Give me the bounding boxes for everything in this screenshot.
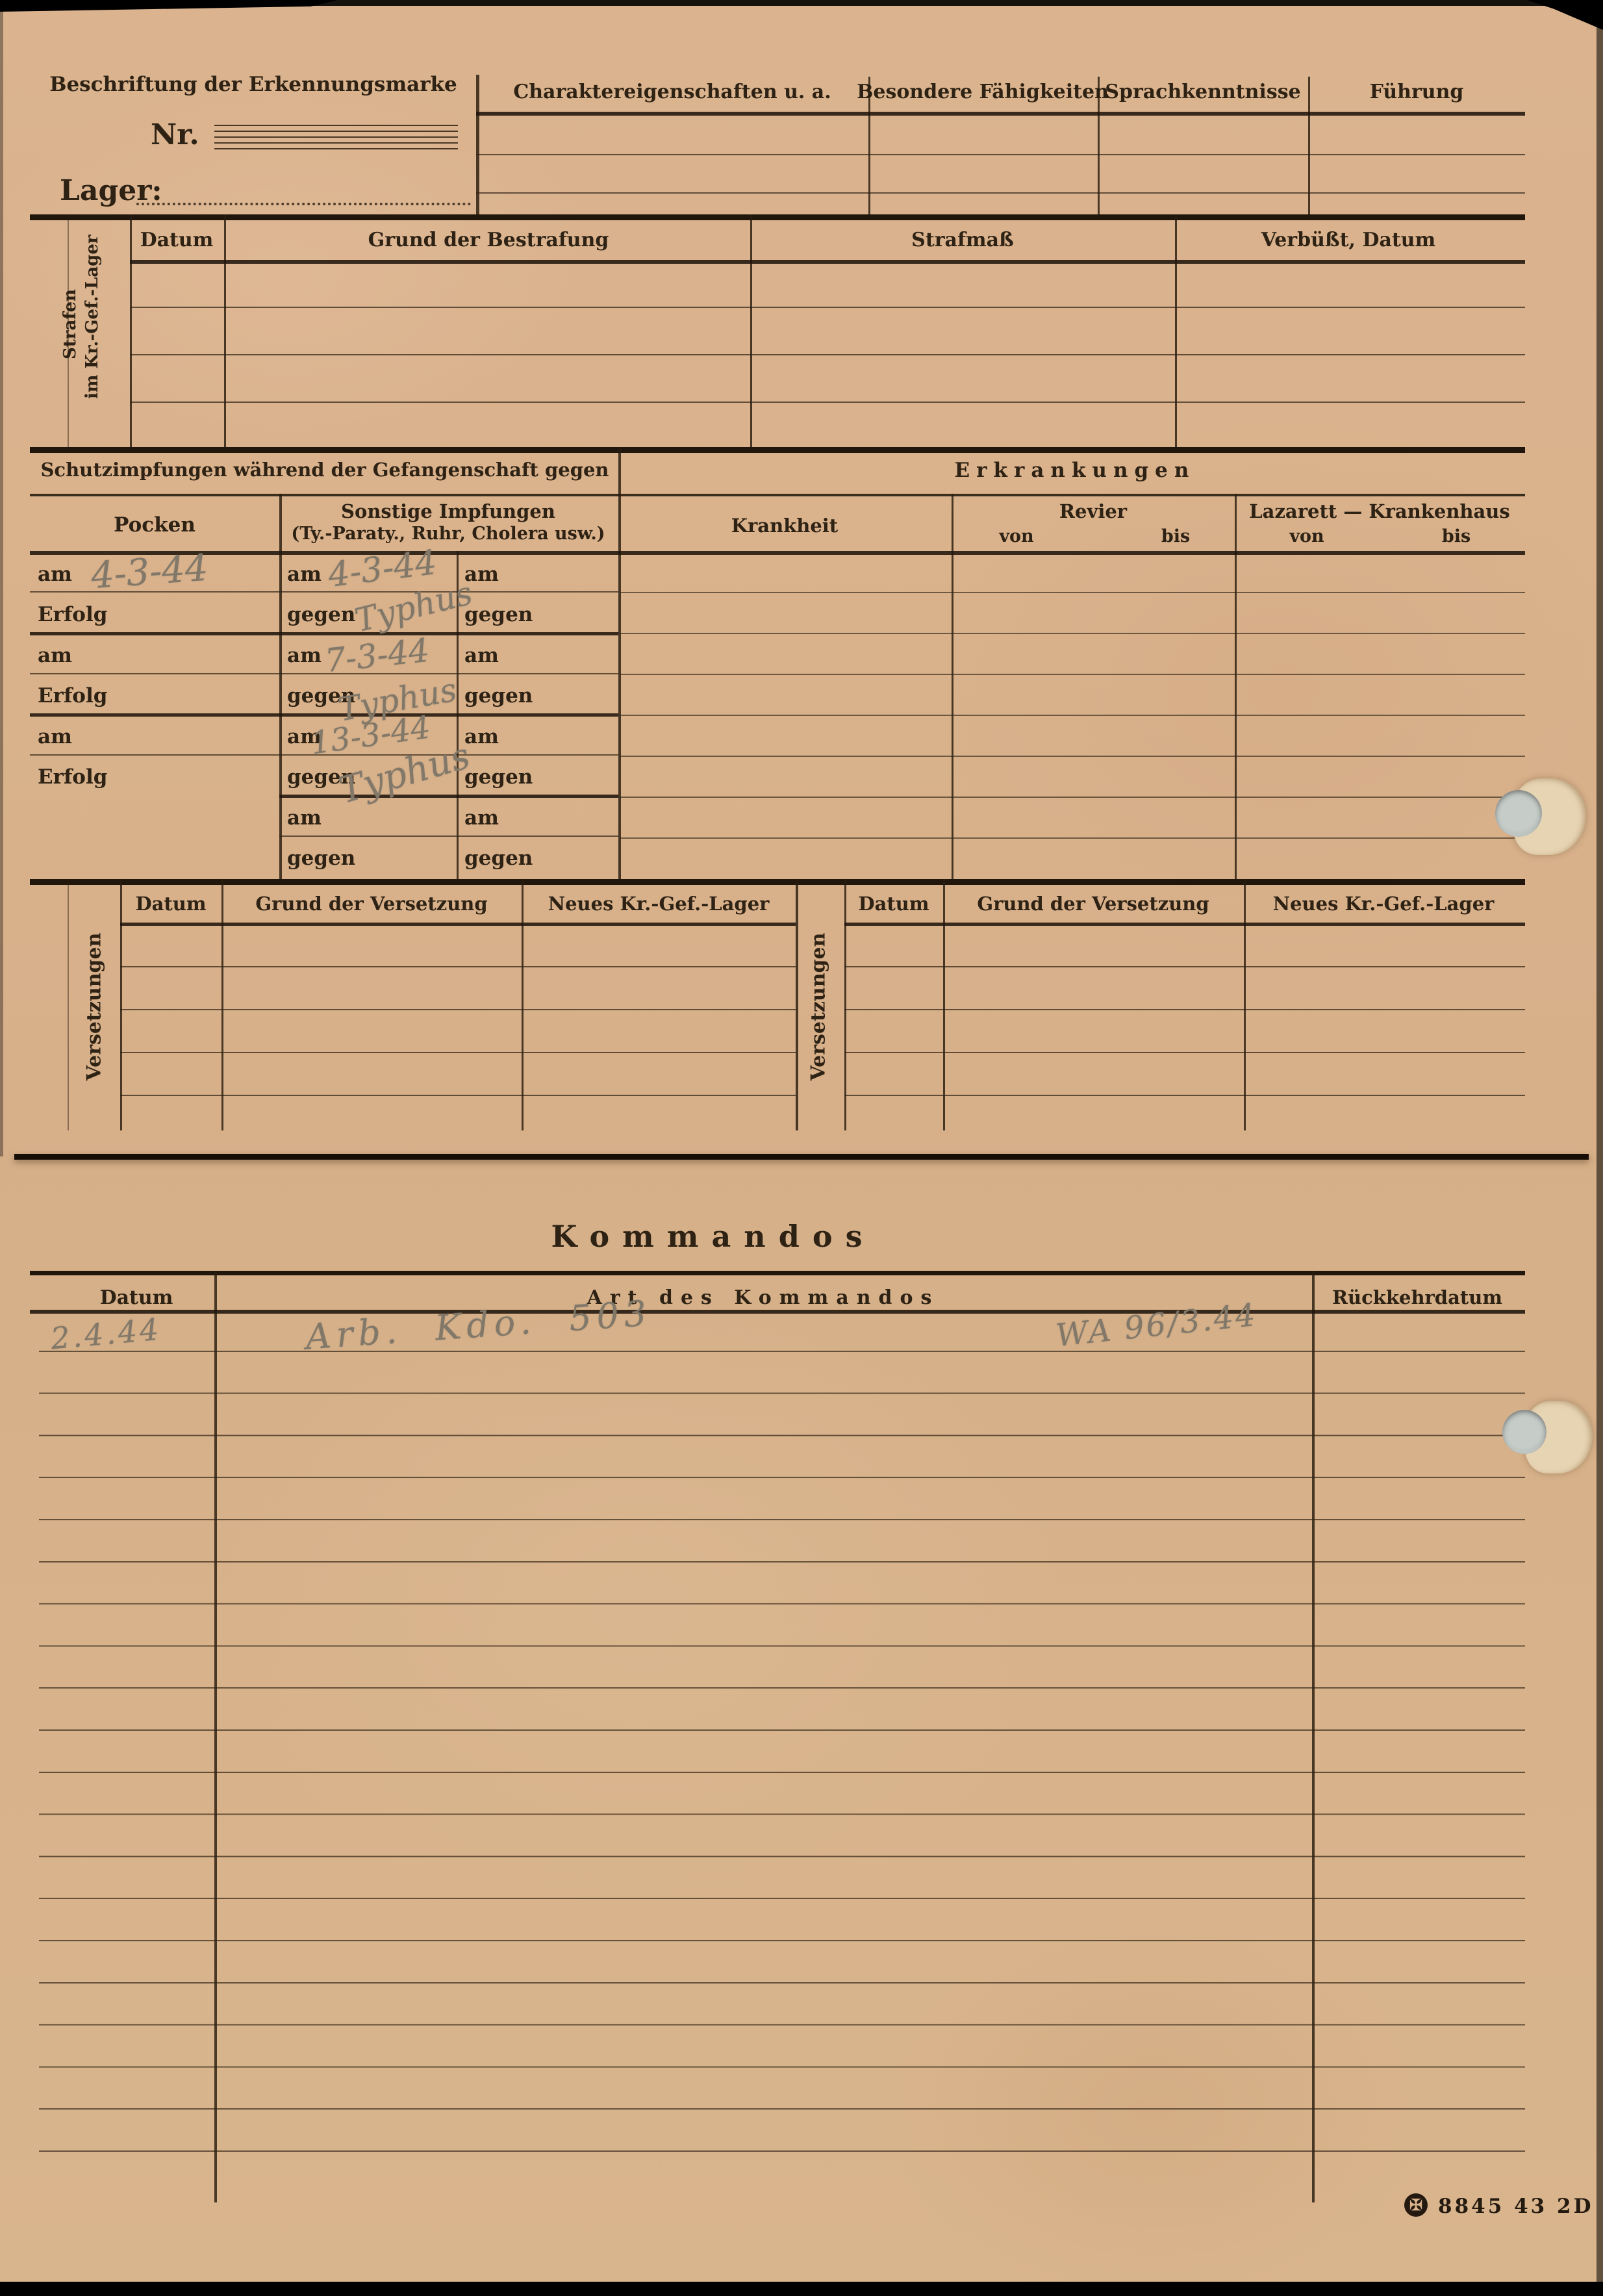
punishment-header-datum: Datum bbox=[140, 229, 214, 251]
nr-fill-lines bbox=[214, 125, 458, 151]
vaccination-title: Schutzimpfungen während der Gefangenscha… bbox=[40, 459, 609, 481]
revier-bis-label: bis bbox=[1161, 526, 1190, 546]
section-border bbox=[30, 879, 1525, 885]
sonstige2-am-label-1: am bbox=[464, 563, 499, 586]
pocken-erfolg-label-2: Erfolg bbox=[38, 684, 107, 708]
illness-title: Erkrankungen bbox=[955, 459, 1196, 482]
revier-von-label: von bbox=[999, 526, 1033, 546]
punishment-side-label-line2: im Kr.-Gef.-Lager bbox=[81, 249, 103, 399]
nr-label: Nr. bbox=[151, 118, 199, 151]
divider-line bbox=[844, 879, 846, 1130]
sonstige1-gegen-label-1: gegen bbox=[287, 603, 355, 626]
card-fold-edge bbox=[14, 1154, 1589, 1160]
punishment-header-verbuesst: Verbüßt, Datum bbox=[1261, 229, 1436, 251]
divider-line bbox=[868, 77, 870, 214]
divider-line bbox=[120, 879, 122, 1130]
transfers-side-label-right: Versetzungen bbox=[807, 900, 830, 1114]
kommandos-header-rueckkehr: Rückkehrdatum bbox=[1332, 1286, 1502, 1308]
scan-edge-right bbox=[1597, 0, 1603, 2296]
transfer-left-header-datum: Datum bbox=[135, 893, 206, 915]
punch-hole-bottom bbox=[1502, 1410, 1546, 1454]
handwritten-pocken-date: 4-3-44 bbox=[90, 547, 209, 597]
pow-personnel-card-scan: Beschriftung der Erkennungsmarke Nr. Lag… bbox=[0, 0, 1603, 2296]
row-line bbox=[120, 966, 796, 967]
char-header-1: Besondere Fähigkeiten bbox=[857, 81, 1109, 103]
pocken-am-label-2: am bbox=[38, 644, 72, 667]
sonstige1-gegen-label-4: gegen bbox=[287, 847, 355, 870]
sonstige2-gegen-label-2: gegen bbox=[464, 684, 533, 708]
sonstige-header-line2: (Ty.-Paraty., Ruhr, Cholera usw.) bbox=[291, 524, 605, 544]
punch-hole-top bbox=[1495, 790, 1542, 837]
transfer-left-header-grund: Grund der Versetzung bbox=[255, 893, 487, 915]
char-header-2: Sprachkenntnisse bbox=[1105, 81, 1300, 103]
pocken-am-label-3: am bbox=[38, 725, 72, 748]
sonstige1-am-label-4: am bbox=[287, 806, 322, 830]
row-line bbox=[844, 966, 1525, 967]
header-underline bbox=[844, 923, 1525, 926]
punishment-side-label-line1: Strafen bbox=[59, 249, 81, 399]
row-line bbox=[30, 673, 618, 674]
sonstige2-gegen-label-3: gegen bbox=[464, 765, 533, 789]
revier-header: Revier bbox=[1059, 500, 1127, 522]
row-line bbox=[279, 835, 618, 837]
lazarett-header: Lazarett — Krankenhaus bbox=[1249, 500, 1509, 522]
row-line bbox=[844, 1095, 1525, 1096]
divider-line bbox=[68, 879, 69, 1130]
row-line bbox=[130, 307, 1525, 308]
divider-line bbox=[224, 214, 226, 447]
pocken-header: Pocken bbox=[114, 513, 196, 537]
krankheit-header: Krankheit bbox=[731, 515, 838, 537]
row-line bbox=[476, 192, 1525, 194]
divider-line bbox=[130, 214, 132, 447]
punishment-header-grund: Grund der Bestrafung bbox=[368, 229, 609, 251]
transfer-right-header-grund: Grund der Versetzung bbox=[977, 893, 1209, 915]
char-header-0: Charaktereigenschaften u. a. bbox=[513, 81, 831, 103]
id-box-title: Beschriftung der Erkennungsmarke bbox=[49, 73, 457, 96]
divider-line bbox=[943, 879, 945, 1130]
sonstige2-am-label-2: am bbox=[464, 644, 499, 667]
punishment-header-strafmass: Strafmaß bbox=[911, 229, 1014, 251]
kommandos-ruled-rows bbox=[39, 1310, 1525, 2152]
section-border bbox=[30, 1271, 1525, 1275]
header-underline bbox=[130, 260, 1525, 264]
punishment-side-label: Strafen im Kr.-Gef.-Lager bbox=[59, 249, 103, 399]
transfer-right-header-lager: Neues Kr.-Gef.-Lager bbox=[1273, 893, 1495, 915]
lazarett-bis-label: bis bbox=[1442, 526, 1470, 546]
pocken-erfolg-label-3: Erfolg bbox=[38, 765, 107, 789]
row-line bbox=[130, 354, 1525, 355]
row-line bbox=[844, 1052, 1525, 1053]
divider-line bbox=[1308, 77, 1310, 214]
divider-line bbox=[796, 879, 798, 1130]
divider-line bbox=[1244, 879, 1246, 1130]
row-line bbox=[130, 402, 1525, 403]
print-code: 8845 43 2D bbox=[1438, 2195, 1593, 2218]
row-line bbox=[30, 713, 618, 717]
transfer-right-header-datum: Datum bbox=[858, 893, 929, 915]
divider-line bbox=[522, 879, 524, 1130]
row-line bbox=[476, 154, 1525, 155]
kommandos-title: Kommandos bbox=[551, 1219, 876, 1254]
sonstige1-am-label-1: am bbox=[287, 563, 322, 586]
scan-edge-bottom bbox=[0, 2282, 1603, 2296]
header-underline bbox=[476, 112, 1525, 116]
pocken-am-label-1: am bbox=[38, 563, 72, 586]
illness-ruled-rows bbox=[620, 552, 1525, 877]
header-underline bbox=[120, 923, 796, 926]
divider-line bbox=[750, 214, 752, 447]
section-border bbox=[30, 447, 1525, 453]
divider-line bbox=[1098, 77, 1100, 214]
row-line bbox=[844, 1009, 1525, 1010]
section-border bbox=[30, 214, 1525, 220]
sonstige2-am-label-4: am bbox=[464, 806, 499, 830]
row-line bbox=[120, 1095, 796, 1096]
row-line bbox=[30, 632, 618, 635]
kommandos-header-datum: Datum bbox=[100, 1286, 173, 1309]
row-line bbox=[120, 1052, 796, 1053]
lager-fill-line bbox=[136, 179, 471, 205]
transfer-left-header-lager: Neues Kr.-Gef.-Lager bbox=[548, 893, 770, 915]
header-underline bbox=[30, 494, 1525, 496]
divider-line bbox=[1175, 214, 1177, 447]
sonstige1-am-label-2: am bbox=[287, 644, 322, 667]
row-line bbox=[120, 1009, 796, 1010]
sonstige2-gegen-label-4: gegen bbox=[464, 847, 533, 870]
row-line bbox=[279, 795, 618, 798]
divider-line bbox=[221, 879, 223, 1130]
pocken-erfolg-label-1: Erfolg bbox=[38, 603, 107, 626]
sonstige2-am-label-3: am bbox=[464, 725, 499, 748]
printer-mark-icon: ✠ bbox=[1404, 2193, 1428, 2217]
transfers-side-label-left: Versetzungen bbox=[83, 900, 106, 1114]
sonstige-header-line1: Sonstige Impfungen bbox=[341, 500, 555, 522]
scan-edge-left bbox=[0, 0, 3, 1156]
lazarett-von-label: von bbox=[1289, 526, 1324, 546]
divider-line bbox=[68, 214, 69, 447]
char-header-3: Führung bbox=[1370, 81, 1464, 103]
